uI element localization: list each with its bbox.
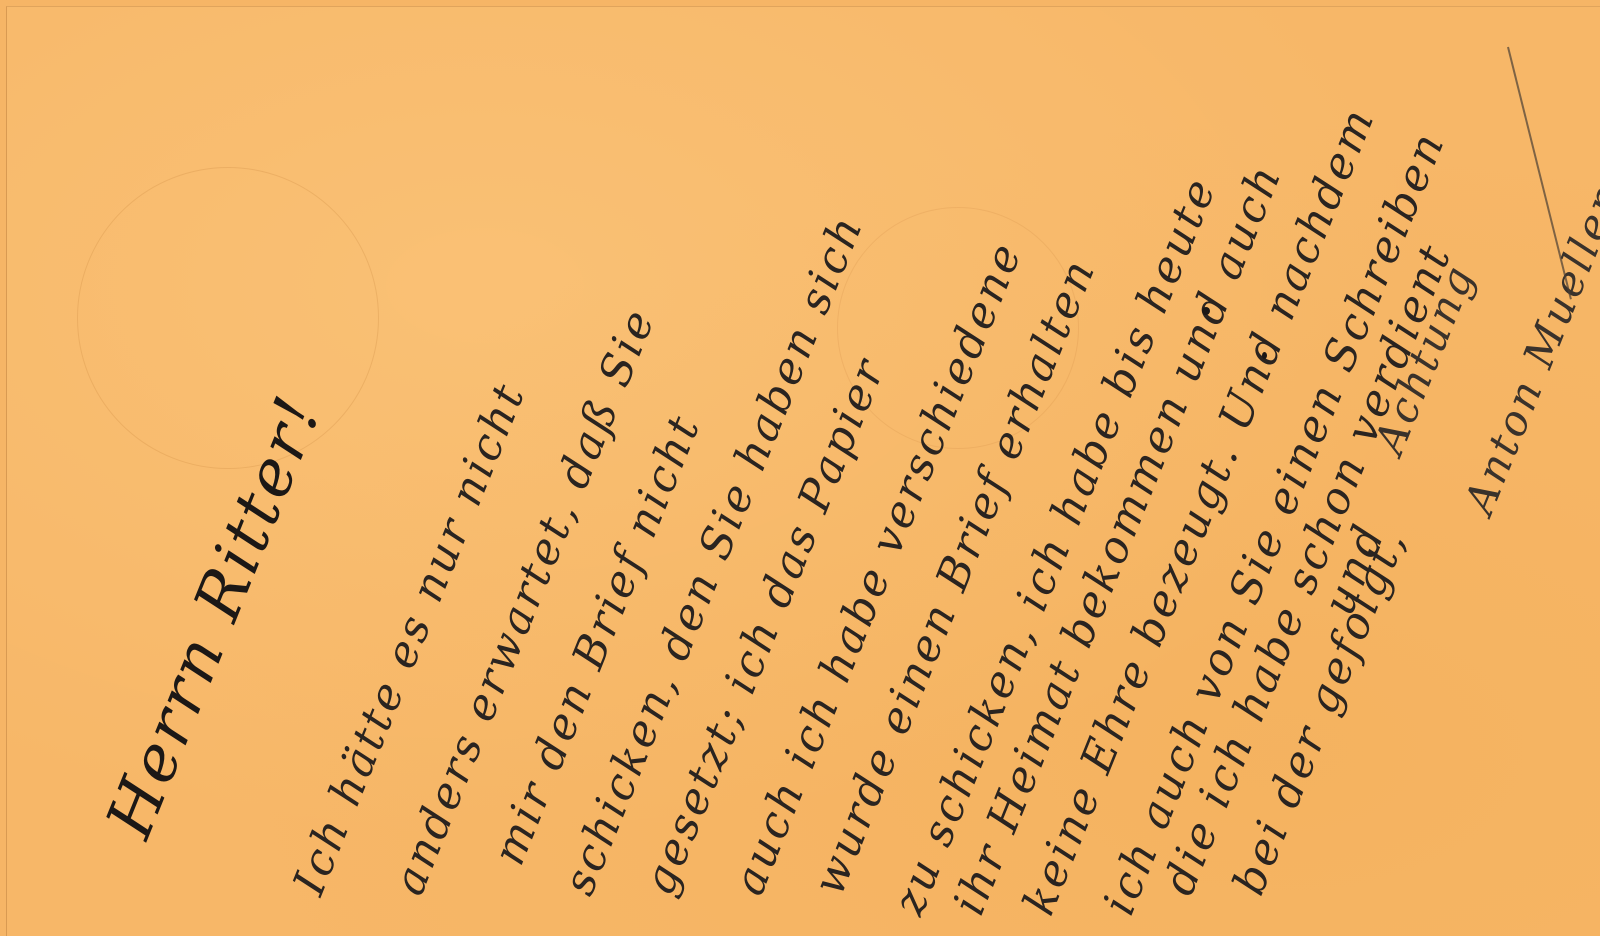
postcard: Herrn Ritter! Ich hätte es nur nicht and… bbox=[6, 6, 1600, 936]
signature-flourish bbox=[1507, 47, 1572, 300]
ink-blot bbox=[1262, 352, 1267, 359]
faded-postmark bbox=[77, 167, 379, 469]
signature: Anton Mueller bbox=[1454, 182, 1600, 521]
ink-blot bbox=[1202, 307, 1210, 315]
